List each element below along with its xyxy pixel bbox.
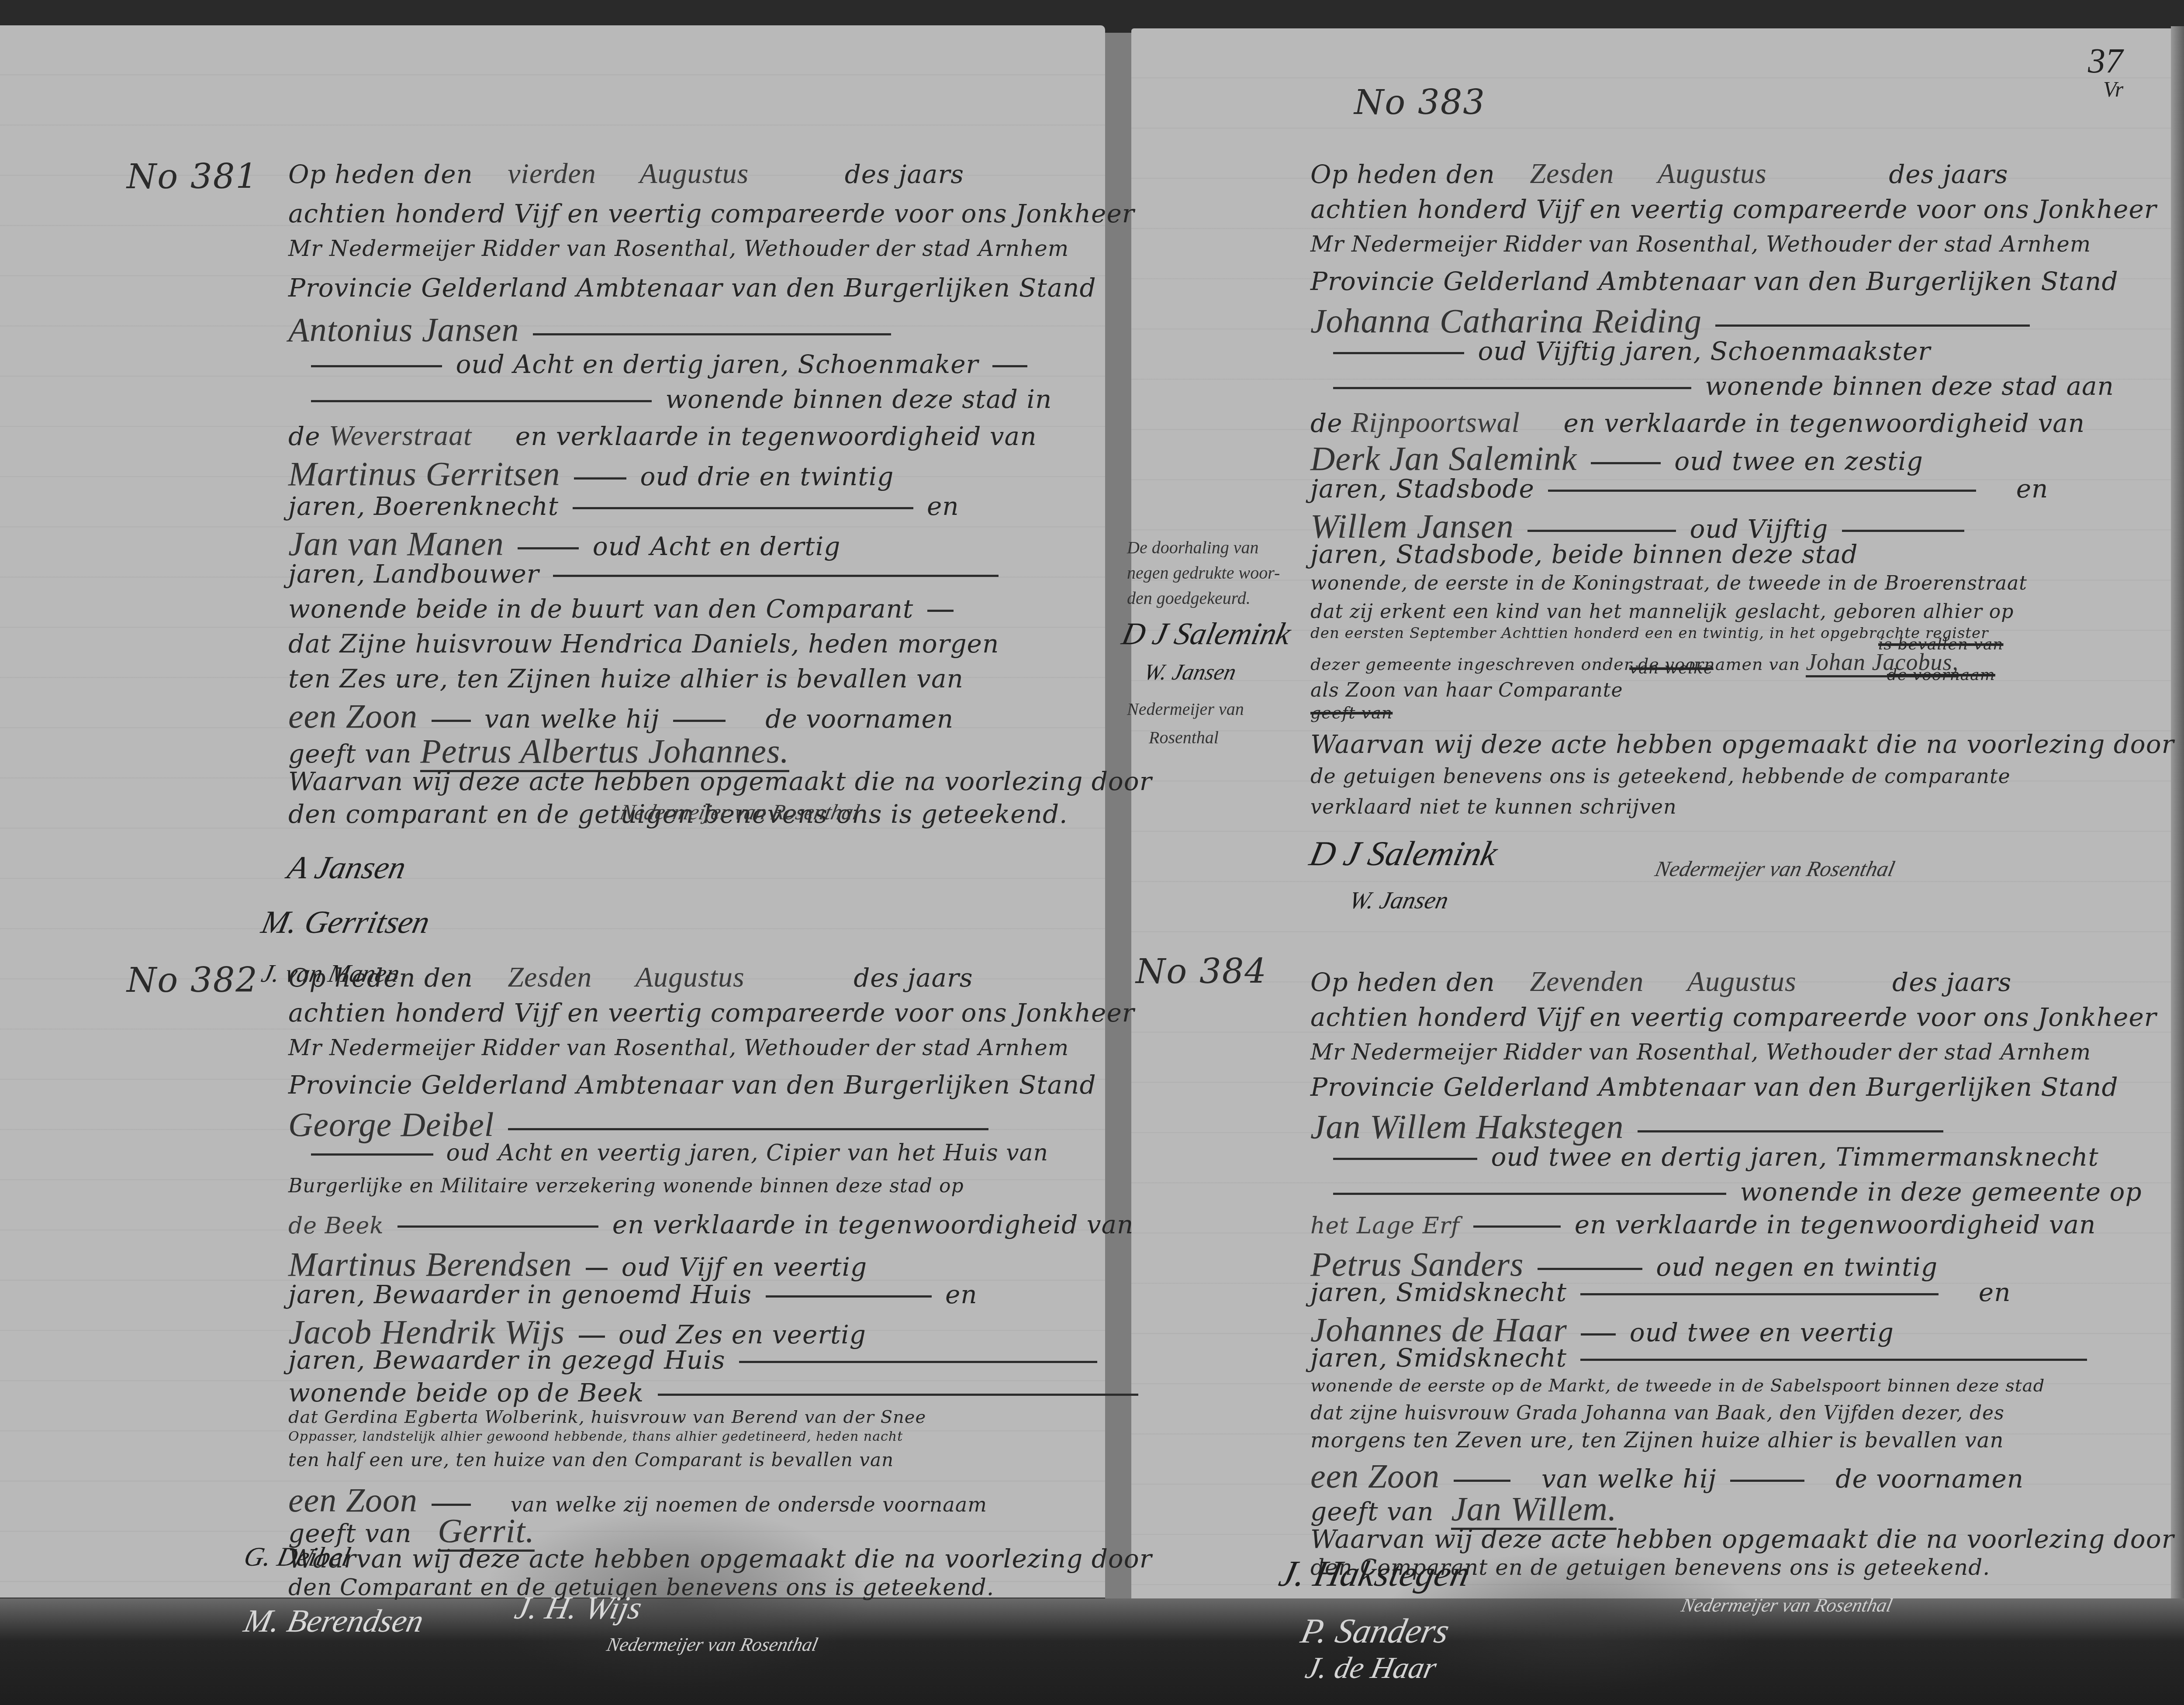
entry-line: oud Acht en veertig jaren, Cipier van he… [306,1140,1048,1166]
line-text: jaren, Landbouwer [288,559,539,589]
line-text: des jaars [1889,159,2008,189]
date-month: Augustus [1687,966,1797,997]
entry-line: achtien honderd Vijf en veertig comparee… [288,199,1134,228]
line-text: oud drie en twintig [640,462,894,491]
entry-line: morgens ten Zeven ure, ten Zijnen huize … [1310,1428,2004,1453]
entry-line: Op heden den Zevenden Augustus des jaars [1310,965,2011,998]
entry-line: jaren, Bewaarder in gezegd Huis [288,1345,1102,1375]
entry-line: Waarvan wij deze acte hebben opgemaakt d… [1310,729,2174,759]
date-month: Augustus [1658,158,1767,190]
entry-line: jaren, Bewaarder in genoemd Huis en [288,1280,978,1309]
margin-note-line: negen gedrukte woor- [1127,560,1280,586]
entry-line: als Zoon van haar Comparante [1310,679,1623,701]
line-text: oud Vijftig jaren, Schoenmaakster [1478,336,1931,366]
signature-witness: M. Berendsen [241,1603,427,1640]
entry-line: oud twee en dertig jaren, Timmermansknec… [1328,1142,2099,1172]
entry-line: Waarvan wij deze acte hebben opgemaakt d… [288,1544,1152,1574]
entry-line: dat Zijne huisvrouw Hendrica Daniels, he… [288,629,999,659]
struck-text: de voornaam [1887,666,1995,684]
struck-text: is bevallen van [1878,635,2004,653]
line-text: jaren, Bewaarder in gezegd Huis [288,1345,726,1375]
line-text: Op heden den [288,963,473,993]
entry-line: achtien honderd Vijf en veertig comparee… [288,998,1134,1028]
book-gutter [1105,33,1131,1605]
entry-line: oud Acht en dertig jaren, Schoenmaker [306,349,1033,379]
entry-line: de Rijnpoortswal en verklaarde in tegenw… [1310,406,2085,439]
address: de Beek [288,1213,384,1239]
struck-text: geeft van [1310,703,1393,722]
line-text: Op heden den [1310,967,1495,997]
entry-line: Martinus Gerritsen oud drie en twintig [288,454,894,494]
entry-line: de getuigen benevens ons is geteekend, h… [1310,764,2011,788]
entry-line: een Zoon van welke hij de voornamen [288,697,954,736]
entry-line: Martinus Berendsen oud Vijf en veertig [288,1245,867,1284]
line-text: de voornamen [1835,1464,2024,1494]
signature-official: Nedermeijer van Rosenthal [618,799,862,825]
margin-note-line: den goedgekeurd. [1127,586,1251,611]
signature-official: Rosenthal [1149,725,1219,750]
line-text: oud Acht en dertig jaren, Schoenmaker [456,349,978,379]
signature-witness: D J Salemink [1119,616,1294,652]
entry-line: wonende, de eerste in de Koningstraat, d… [1310,572,2027,594]
line-text: jaren, Boerenknecht [288,491,559,521]
entry-line: wonende beide op de Beek [288,1378,1144,1408]
entry-line: Provincie Gelderland Ambtenaar van den B… [288,273,1096,303]
entry-line: achtien honderd Vijf en veertig comparee… [1310,1002,2156,1032]
line-text: Op heden den [288,159,473,189]
line-text: wonende in deze gemeente op [1740,1177,2142,1207]
line-text: oud twee en zestig [1674,446,1923,476]
signature-witness: J. de Haar [1302,1651,1439,1686]
entry-line: jaren, Smidsknecht en [1310,1277,2011,1307]
entry-line: wonende binnen deze stad in [306,384,1052,414]
line-text: oud Acht en veertig jaren, Cipier van he… [446,1140,1049,1166]
entry-line: Oppasser, landstelijk alhier gewoond heb… [288,1429,903,1444]
line-text: des jaars [1892,967,2011,997]
date-month: Augustus [636,961,745,993]
street-name: Weverstraat [329,420,472,452]
entry-line: dat zij erkent een kind van het mannelij… [1310,601,2014,623]
entry-line: achtien honderd Vijf en veertig comparee… [1310,194,2156,224]
entry-line: ten half een ure, ten huize van den Comp… [288,1449,894,1470]
line-text: de [1310,408,1342,438]
entry-line: Provincie Gelderland Ambtenaar van den B… [288,1070,1096,1100]
line-text: wonende binnen deze stad in [665,384,1052,414]
entry-line: Johanna Catharina Reiding [1310,301,2035,341]
line-text: oud Acht en dertig [593,532,841,561]
folio-number: 37 [2088,41,2123,81]
margin-note-line: De doorhaling van [1127,535,1258,560]
entry-line: ten Zes ure, ten Zijnen huize alhier is … [288,664,964,694]
entry-line: jaren, Landbouwer [288,559,1004,589]
registrant-name: Jan Willem Hakstegen [1310,1108,1624,1146]
signature-declarant: J. Hakstegen [1275,1553,1474,1595]
entry-line: het Lage Erf en verklaarde in tegenwoord… [1310,1210,2096,1239]
line-text: van welke zij noemen de ondersde voornaa… [511,1493,987,1516]
entry-line: wonende beide in de buurt van den Compar… [288,594,959,624]
entry-line: dat zijne huisvrouw Grada Johanna van Ba… [1310,1402,2004,1424]
date-day: Zesden [1530,158,1614,190]
entry-number: No 383 [1354,83,1486,122]
book-edge [2171,26,2184,1642]
line-text: dezer gemeente ingeschreven onder de voo… [1310,655,1800,674]
entry-line: Derk Jan Salemink oud twee en zestig [1310,439,1923,478]
signature-official: Nedermeijer van [1127,697,1244,722]
entry-line: Mr Nedermeijer Ridder van Rosenthal, Wet… [1310,231,2091,257]
signature-witness: P. Sanders [1297,1612,1453,1651]
line-text: en verklaarde in tegenwoordigheid van [515,421,1037,451]
line-text: des jaars [845,159,964,189]
registrant-name: Antonius Jansen [288,311,519,349]
signature-official: Nedermeijer van Rosenthal [605,1633,820,1656]
entry-line: Mr Nedermeijer Ridder van Rosenthal, Wet… [1310,1039,2091,1065]
entry-line: Waarvan wij deze acte hebben opgemaakt d… [288,766,1152,796]
entry-line: Mr Nedermeijer Ridder van Rosenthal, Wet… [288,1035,1069,1060]
line-text: jaren, Bewaarder in genoemd Huis [288,1280,752,1309]
line-text: geeft van [288,739,412,769]
line-text: en verklaarde in tegenwoordigheid van [612,1210,1134,1239]
entry-line: Provincie Gelderland Ambtenaar van den B… [1310,266,2118,296]
signature-witness: W. Jansen [1347,887,1451,915]
entry-line: Op heden den vierden Augustus des jaars [288,157,964,190]
line-text: geeft van [1310,1497,1434,1526]
child-sex: een Zoon [288,697,418,735]
entry-line: jaren, Stadsbode en [1310,474,2048,504]
signature-official: Nedermeijer van Rosenthal [1679,1594,1894,1616]
entry-line: Jan Willem Hakstegen [1310,1107,1949,1146]
line-text: oud twee en dertig jaren, Timmermansknec… [1491,1142,2098,1172]
date-day: vierden [508,158,596,190]
entry-line: jaren, Boerenknecht en [288,491,959,521]
entry-line: de Weverstraat en verklaarde in tegenwoo… [288,419,1037,452]
signature-witness: W. Jansen [1142,659,1238,685]
entry-line: Jan van Manen oud Acht en dertig [288,524,840,563]
entry-line: Op heden den Zesden Augustus des jaars [288,961,973,994]
line-text: des jaars [854,963,973,993]
line-text: de voornamen [765,704,954,734]
signature-witness: J. H. Wijs [511,1590,645,1627]
entry-line: wonende in deze gemeente op [1328,1177,2142,1207]
entry-line: oud Vijftig jaren, Schoenmaakster [1328,336,1931,366]
entry-line: jaren, Smidsknecht [1310,1343,2092,1373]
line-text: wonende beide in de buurt van den Compar… [288,594,913,624]
signature-declarant: D J Salemink [1306,834,1501,874]
entry-line: geeft van Jan Willem. [1310,1489,1617,1529]
date-day: Zevenden [1530,966,1644,997]
witness-name: Martinus Berendsen [288,1245,572,1283]
line-text: jaren, Stadsbode [1310,474,1534,504]
date-month: Augustus [639,158,749,190]
signature-declarant: G. Deibel [241,1542,353,1573]
signature-official: Nedermeijer van Rosenthal [1653,856,1897,881]
address: het Lage Erf [1310,1213,1460,1239]
line-text: oud Vijf en veertig [622,1252,867,1282]
line-text: jaren, Smidsknecht [1310,1277,1567,1307]
line-text: de [288,421,320,451]
signature-witness: M. Gerritsen [258,904,433,941]
entry-line: George Deibel [288,1105,994,1144]
entry-line: Waarvan wij deze acte hebben opgemaakt d… [1310,1524,2174,1554]
entry-line: wonende binnen deze stad aan [1328,371,2114,401]
entry-line: de Beek en verklaarde in tegenwoordighei… [288,1210,1133,1239]
date-day: Zesden [508,961,592,993]
registrant-name: George Deibel [288,1105,494,1143]
entry-number: No 382 [127,961,258,1000]
entry-line: Provincie Gelderland Ambtenaar van den B… [1310,1072,2118,1102]
entry-line: wonende de eerste op de Markt, de tweede… [1310,1376,2045,1396]
line-text: jaren, Smidsknecht [1310,1343,1567,1373]
entry-line: geeft van Petrus Albertus Johannes. [288,732,789,771]
line-text: wonende binnen deze stad aan [1705,371,2114,401]
witness-name: Derk Jan Salemink [1310,439,1577,477]
entry-line: verklaard niet te kunnen schrijven [1310,795,1677,818]
witness-name: Martinus Gerritsen [288,455,560,493]
signature-declarant: A Jansen [284,849,409,887]
line-text: en verklaarde in tegenwoordigheid van [1563,408,2085,438]
entry-line: jaren, Stadsbode, beide binnen deze stad [1310,539,1858,569]
registrant-name: Johanna Catharina Reiding [1310,302,1702,340]
line-text: en verklaarde in tegenwoordigheid van [1575,1210,2096,1239]
entry-line: Mr Nedermeijer Ridder van Rosenthal, Wet… [288,236,1069,261]
struck-text: van welke [1629,659,1713,677]
line-text: Op heden den [1310,159,1495,189]
folio-sub: Vr [2103,76,2123,102]
entry-number: No 384 [1136,952,1267,991]
line-text: wonende beide op de Beek [288,1378,644,1408]
witness-name: Jan van Manen [288,525,504,563]
entry-number: No 381 [127,157,258,197]
entry-line: dat Gerdina Egberta Wolberink, huisvrouw… [288,1407,926,1427]
entry-line: Burgerlijke en Militaire verzekering won… [288,1175,964,1197]
entry-line: Op heden den Zesden Augustus des jaars [1310,157,2008,190]
entry-line: Antonius Jansen [288,310,896,349]
line-text: van welke hij [484,704,659,734]
street-name: Rijnpoortswal [1351,407,1520,438]
